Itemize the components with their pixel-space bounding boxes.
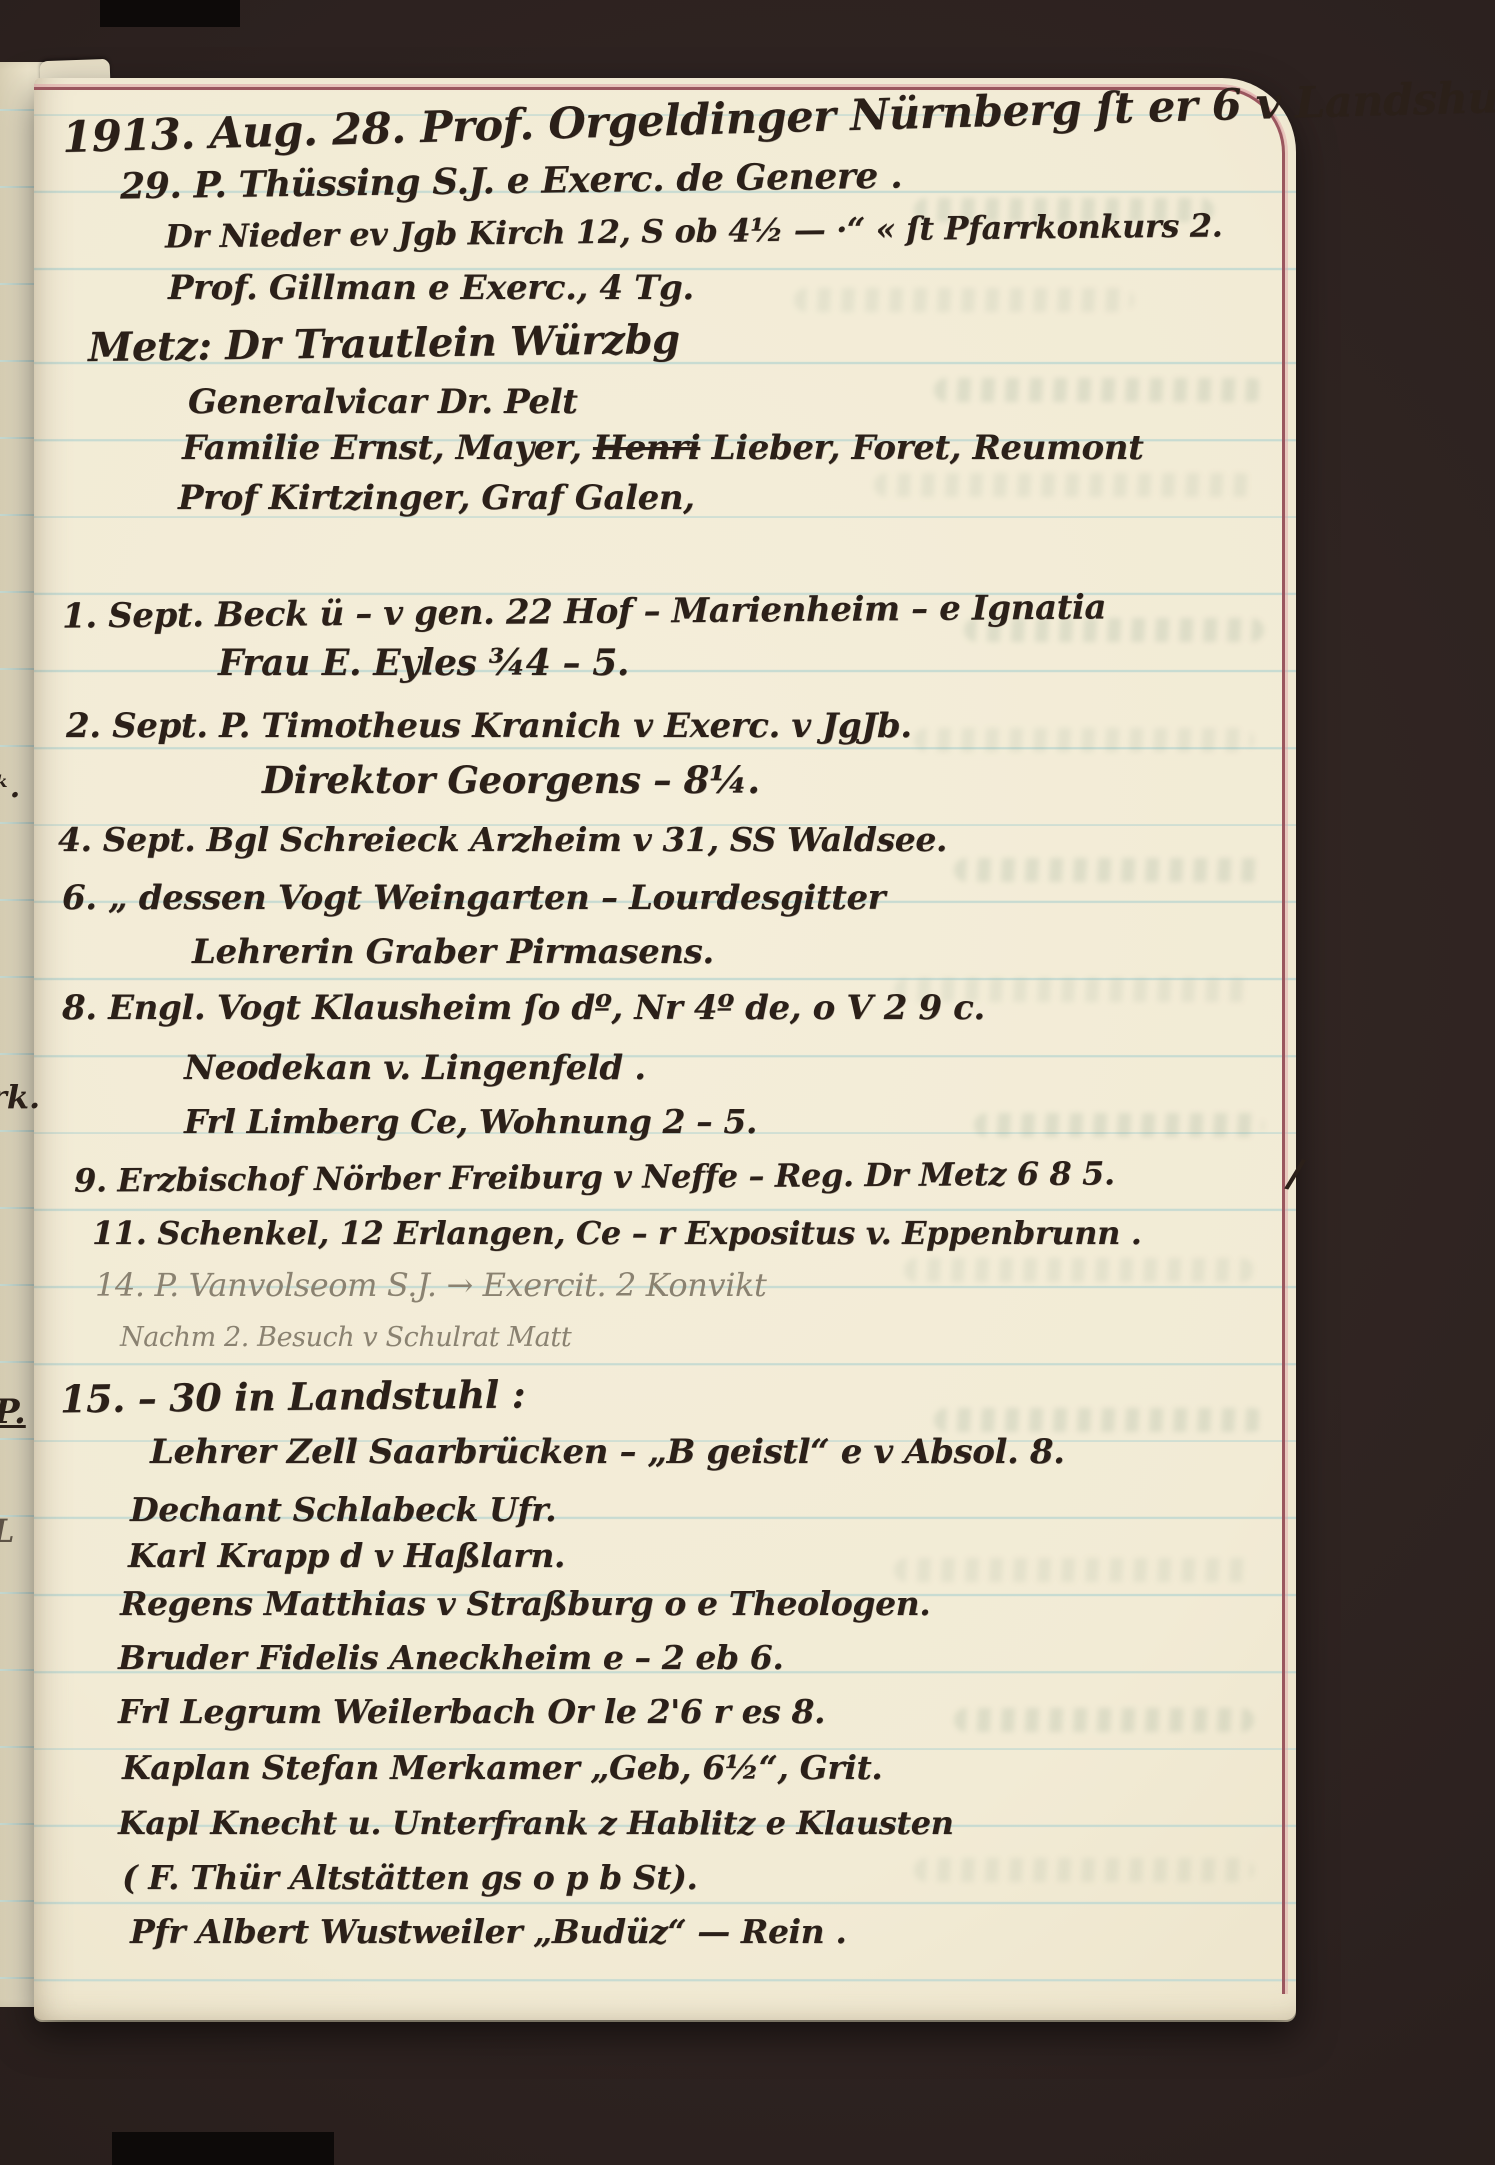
diary-line-25: Dechant Schlabeck Ufr. [130, 1490, 556, 1529]
diary-line-32: ( F. Thür Altstätten gs o p b St). [122, 1858, 698, 1897]
diary-line-17: Neodekan v. Lingenfeld . [184, 1048, 646, 1088]
diary-line-23: 15. – 30 in Landstuhl : [60, 1372, 526, 1422]
notebook-scan: 1913. Aug. 28. Prof. Orgeldinger Nürnber… [0, 0, 1495, 2165]
spine-fragment-top [100, 0, 240, 27]
margin-fragment: P. [0, 1392, 26, 1432]
diary-line-24: Lehrer Zell Saarbrücken – „B geistl“ e v… [150, 1432, 1065, 1472]
diary-line-13: 4. Sept. Bgl Schreieck Arzheim v 31, SS … [58, 820, 947, 859]
show-through-smudge [794, 288, 1134, 312]
show-through-smudge [934, 378, 1264, 402]
diary-line-33: Pfr Albert Wustweiler „Budüz“ — Rein . [130, 1912, 846, 1951]
show-through-smudge [904, 1258, 1254, 1282]
diary-line-19: 9. Erzbischof Nörber Freiburg v Neffe – … [74, 1154, 1115, 1199]
margin-fragment: L [0, 1512, 15, 1550]
show-through-smudge [874, 473, 1254, 497]
diary-line-8: Prof Kirtzinger, Graf Galen, [178, 478, 695, 518]
diary-line-10: Frau E. Eyles ¾4 – 5. [218, 642, 629, 684]
show-through-smudge [914, 728, 1254, 752]
diary-line-7: Familie Ernst, Mayer, Henri Lieber, Fore… [182, 428, 1143, 468]
diary-line-29: Frl Legrum Weilerbach Or le 2'6 r es 8. [118, 1692, 825, 1731]
show-through-smudge [974, 1113, 1264, 1137]
diary-line-5: Metz: Dr Trautlein Würzbg [88, 316, 680, 371]
diary-line-27: Regens Matthias v Straßburg o e Theologe… [120, 1584, 930, 1623]
diary-line-18: Frl Limberg Ce, Wohnung 2 – 5. [184, 1102, 757, 1141]
margin-fragment: ᵏ. [0, 770, 20, 805]
line7-post: Lieber, Foret, Reumont [700, 428, 1143, 468]
diary-line-16: 8. Engl. Vogt Klausheim ſo dº, Nr 4º de,… [62, 988, 985, 1028]
show-through-smudge [914, 1858, 1254, 1882]
diary-line-26: Karl Krapp d v Haßlarn. [128, 1536, 565, 1575]
line7-pre: Familie Ernst, Mayer, [182, 428, 593, 468]
diary-line-30: Kaplan Stefan Merkamer „Geb, 6½“, Grit. [122, 1748, 882, 1787]
diary-line-22-pencil: Nachm 2. Besuch v Schulrat Matt [120, 1322, 571, 1353]
show-through-smudge [954, 1708, 1254, 1732]
spine-fragment-bottom [112, 2132, 334, 2165]
show-through-smudge [934, 1408, 1264, 1432]
diary-line-11: 2. Sept. P. Timotheus Kranich v Exerc. v… [66, 706, 912, 746]
line7-struck-name: Henri [593, 428, 700, 468]
diary-line-4: Prof. Gillman e Exerc., 4 Tg. [168, 268, 694, 308]
diary-line-21-pencil: 14. P. Vanvolseom S.J. → Exercit. 2 Konv… [95, 1266, 766, 1304]
diary-line-15: Lehrerin Graber Pirmasens. [192, 932, 714, 972]
diary-line-31: Kapl Knecht u. Unterfrank z Hablitz e Kl… [118, 1804, 954, 1842]
diary-line-14: 6. „ dessen Vogt Weingarten – Lourdesgit… [62, 878, 885, 918]
diary-line-6: Generalvicar Dr. Pelt [188, 382, 578, 422]
margin-fragment: rk. [0, 1078, 40, 1116]
show-through-smudge [954, 858, 1264, 882]
show-through-smudge [894, 1558, 1254, 1582]
diary-line-12: Direktor Georgens – 8¼. [262, 758, 760, 802]
diary-line-28: Bruder Fidelis Aneckheim e – 2 eb 6. [118, 1638, 783, 1677]
diary-line-20: 11. Schenkel, 12 Erlangen, Ce – r Exposi… [92, 1214, 1141, 1252]
